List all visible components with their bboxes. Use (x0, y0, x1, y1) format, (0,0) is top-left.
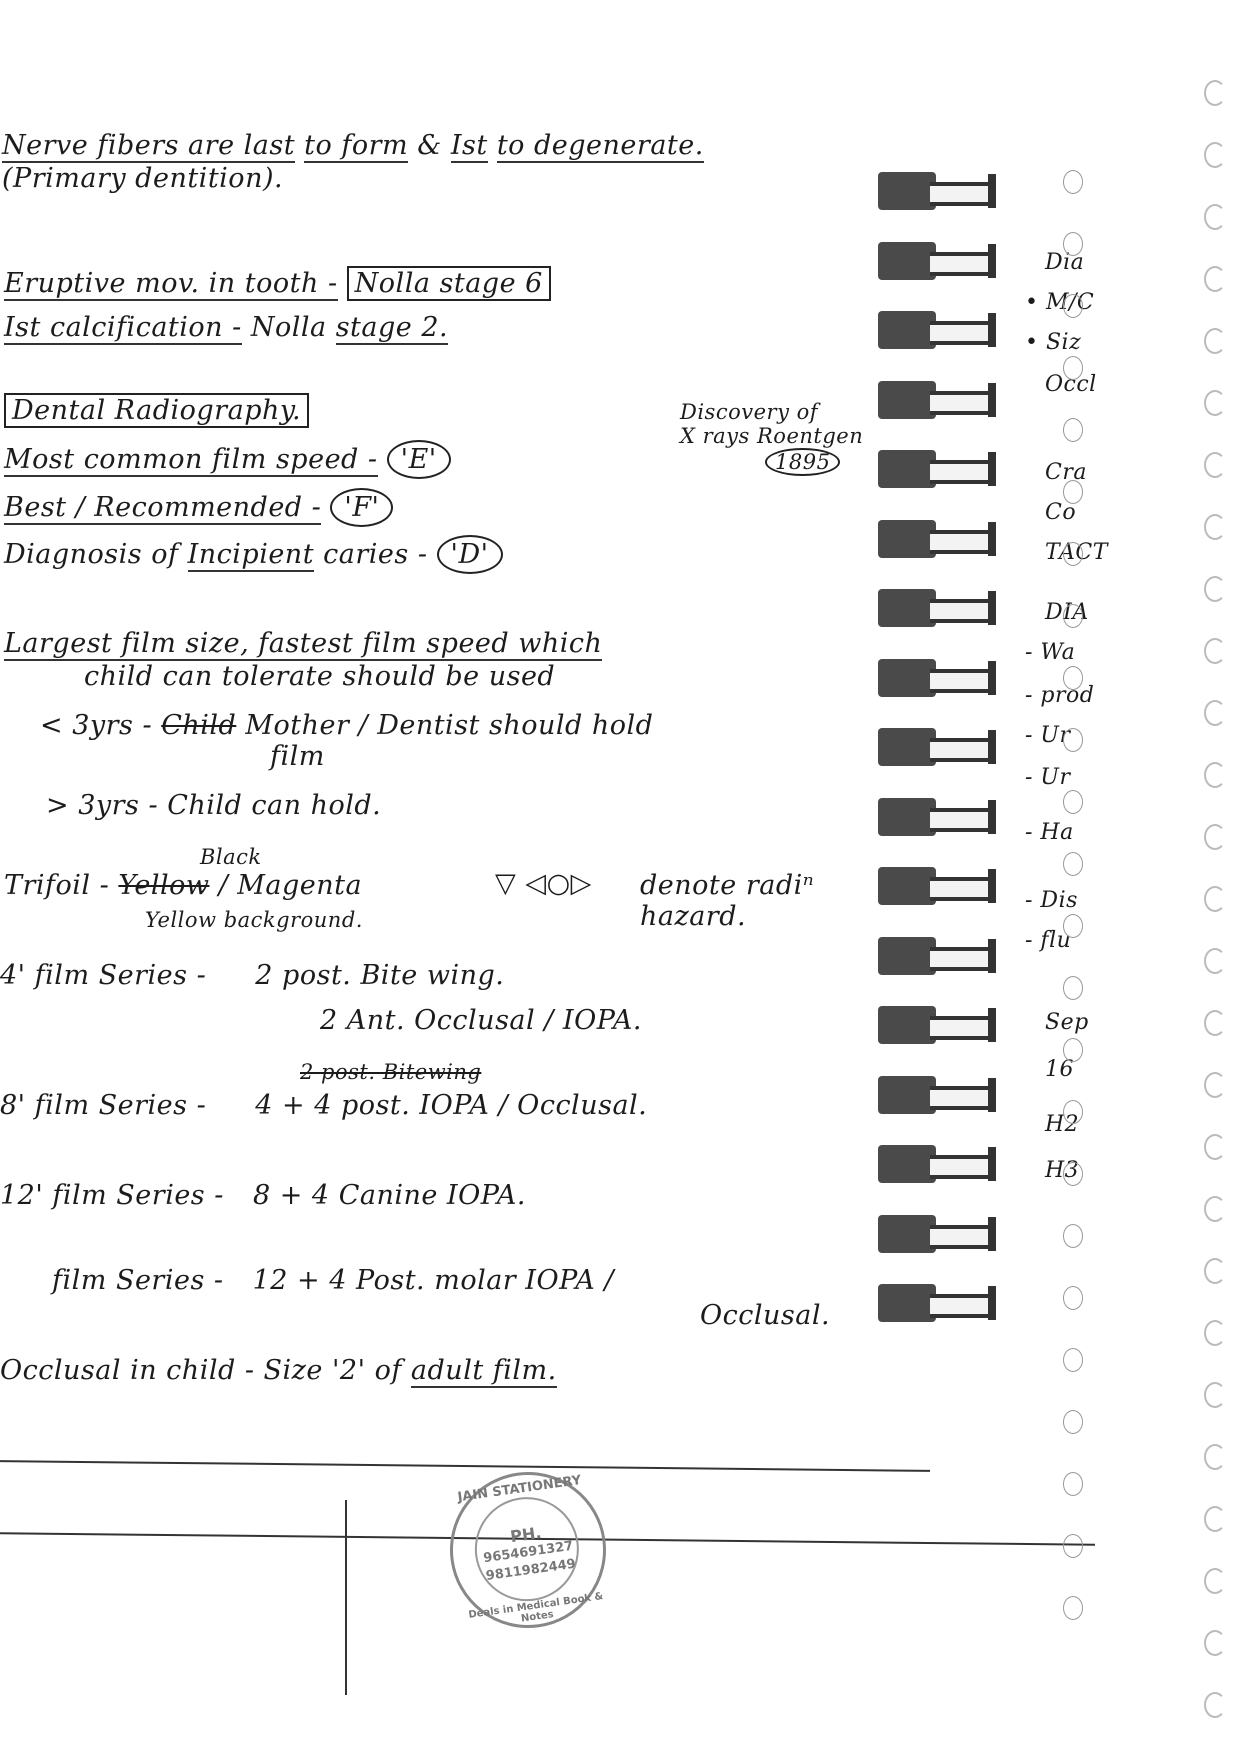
page-edge-hole (1204, 638, 1226, 664)
punch-hole (1063, 480, 1083, 504)
spiral-coil (878, 728, 998, 766)
spiral-coil (878, 937, 998, 975)
note-series-2-struck: 2 post. Bitewing (300, 1060, 481, 1084)
note-largest-film: Largest film size, fastest film speed wh… (4, 628, 602, 692)
spiral-coil (878, 1284, 998, 1322)
circled-value: 'D' (437, 535, 503, 574)
page-edge-hole (1204, 1692, 1226, 1718)
page-edge-hole (1204, 886, 1226, 912)
circled-value: 'F' (330, 488, 393, 527)
spiral-coil (878, 1145, 998, 1183)
struck-text: Yellow (118, 870, 209, 901)
text: Best / Recommended - (4, 492, 321, 525)
page-edge-hole (1204, 1444, 1226, 1470)
text: to form (304, 130, 408, 163)
margin-note: - Ur (1025, 765, 1070, 790)
page-edge-hole (1204, 1568, 1226, 1594)
text: Incipient (188, 539, 314, 572)
note-discovery: Discovery of X rays Roentgen 1895 (680, 400, 863, 476)
text: 8 + 4 Canine IOPA. (253, 1180, 526, 1211)
punch-hole (1063, 542, 1083, 566)
margin-note: Sep (1045, 1010, 1089, 1035)
margin-note: - Dis (1025, 888, 1078, 913)
text: Nerve fibers are last (2, 130, 295, 163)
page-edge-hole (1204, 452, 1226, 478)
spiral-coil (878, 311, 998, 349)
margin-note: - Wa (1025, 640, 1075, 665)
note-series-3: 12' film Series - 8 + 4 Canine IOPA. (0, 1180, 526, 1211)
note-series-4: film Series - 12 + 4 Post. molar IOPA / (52, 1265, 614, 1296)
punch-hole (1063, 1224, 1083, 1248)
page-edge-hole (1204, 1506, 1226, 1532)
page-edge-hole (1204, 762, 1226, 788)
page-edge-hole (1204, 1072, 1226, 1098)
spiral-coil (878, 589, 998, 627)
page-edge-hole (1204, 204, 1226, 230)
text: Child can hold. (167, 790, 381, 821)
note-diagnosis-speed: Diagnosis of Incipient caries - 'D' (4, 535, 503, 574)
spiral-coil (878, 172, 998, 210)
note-radiation-hazard: denote radiⁿ hazard. (640, 870, 814, 932)
note-best-speed: Best / Recommended - 'F' (4, 488, 393, 527)
spiral-coil (878, 867, 998, 905)
text: film Series - (52, 1265, 224, 1296)
note-series-4-occlusal: Occlusal. (700, 1300, 830, 1331)
page-edge-hole (1204, 1196, 1226, 1222)
page-edge-hole (1204, 328, 1226, 354)
punch-hole (1063, 914, 1083, 938)
note-under-3: < 3yrs - Child Mother / Dentist should h… (40, 710, 653, 772)
text: Discovery of (680, 400, 863, 424)
note-line-nerve-fibers: Nerve fibers are last to form & Ist to d… (2, 130, 704, 161)
text: 2 post. Bite wing. (255, 960, 504, 991)
text: Mother / Dentist should hold (245, 710, 653, 741)
text: to degenerate. (497, 130, 704, 163)
text: stage 2. (336, 312, 448, 345)
margin-rule (345, 1500, 347, 1695)
page-edge-hole (1204, 266, 1226, 292)
punch-hole (1063, 356, 1083, 380)
text: Occlusal in child - (0, 1355, 254, 1386)
page-edge-hole (1204, 142, 1226, 168)
spiral-coil (878, 1006, 998, 1044)
spiral-coil (878, 1215, 998, 1253)
punch-hole (1063, 1534, 1083, 1558)
note-over-3: > 3yrs - Child can hold. (46, 790, 381, 821)
text: film (270, 741, 653, 772)
punch-hole (1063, 1410, 1083, 1434)
spiral-coil (878, 659, 998, 697)
circled-value: 'E' (387, 440, 451, 479)
heading-dental-radiography: Dental Radiography. (4, 395, 309, 426)
note-trifoil-black: Black (200, 845, 262, 869)
punch-hole (1063, 232, 1083, 256)
margin-note: Cra (1045, 460, 1087, 485)
trifoil-symbol-icon: ▽ ◁○▷ (495, 868, 592, 899)
margin-note: - prod (1025, 683, 1094, 708)
spiral-coil (878, 381, 998, 419)
text: child can tolerate should be used (84, 661, 602, 692)
note-trifoil: Trifoil - Yellow / Magenta (4, 870, 362, 901)
punch-hole (1063, 1348, 1083, 1372)
punch-hole (1063, 604, 1083, 628)
punch-hole (1063, 1038, 1083, 1062)
text: Most common film speed - (4, 444, 378, 477)
margin-note: • Siz (1025, 330, 1081, 355)
punch-hole (1063, 1596, 1083, 1620)
text: & (417, 130, 442, 161)
text: 12' film Series - (0, 1180, 224, 1211)
text: Eruptive mov. in tooth - (4, 268, 338, 301)
punch-hole (1063, 666, 1083, 690)
text: 12 + 4 Post. molar IOPA / (253, 1265, 614, 1296)
text: Ist (451, 130, 488, 163)
text: Trifoil - (4, 870, 109, 901)
note-common-speed: Most common film speed - 'E' (4, 440, 451, 479)
text: 4 + 4 post. IOPA / Occlusal. (255, 1090, 647, 1121)
note-primary-dentition: (Primary dentition). (2, 163, 283, 194)
page-edge-hole (1204, 1320, 1226, 1346)
punch-hole (1063, 1286, 1083, 1310)
punch-hole (1063, 790, 1083, 814)
stationery-stamp: JAIN STATIONERY PH. 9654691327 981198244… (440, 1462, 616, 1638)
text: Diagnosis of (4, 539, 179, 570)
text: adult film. (411, 1355, 557, 1388)
note-series-2: 8' film Series - 4 + 4 post. IOPA / Occl… (0, 1090, 647, 1121)
spiral-coil (878, 798, 998, 836)
punch-hole (1063, 976, 1083, 1000)
margin-note: • M/C (1025, 290, 1094, 315)
page-edge-hole (1204, 390, 1226, 416)
year-circled: 1895 (765, 448, 840, 476)
spiral-coil (878, 520, 998, 558)
note-trifoil-bg: Yellow background. (145, 908, 363, 932)
page-edge-hole (1204, 514, 1226, 540)
margin-note: - Ha (1025, 820, 1074, 845)
punch-hole (1063, 418, 1083, 442)
text: 8' film Series - (0, 1090, 206, 1121)
page-edge-hole (1204, 824, 1226, 850)
text: > 3yrs - (46, 790, 158, 821)
note-series-1-line2: 2 Ant. Occlusal / IOPA. (320, 1005, 642, 1036)
text: Largest film size, fastest film speed wh… (4, 628, 602, 661)
text: hazard. (640, 901, 814, 932)
text: / Magenta (219, 870, 363, 901)
text: Ist calcification - (4, 312, 242, 345)
page-edge-hole (1204, 1258, 1226, 1284)
text: Size '2' of (264, 1355, 402, 1386)
page-edge-hole (1204, 576, 1226, 602)
punch-hole (1063, 1162, 1083, 1186)
page-edge-hole (1204, 1134, 1226, 1160)
punch-hole (1063, 1472, 1083, 1496)
rule-line (0, 1460, 930, 1472)
punch-hole (1063, 728, 1083, 752)
page-edge-hole (1204, 1010, 1226, 1036)
spiral-coil (878, 242, 998, 280)
spiral-coil (878, 450, 998, 488)
page-edge-hole (1204, 1630, 1226, 1656)
note-calcification: Ist calcification - Nolla stage 2. (4, 312, 448, 343)
note-series-1: 4' film Series - 2 post. Bite wing. (0, 960, 504, 991)
text: 4' film Series - (0, 960, 206, 991)
page-edge-hole (1204, 1382, 1226, 1408)
heading-text: Dental Radiography. (4, 393, 309, 428)
punch-hole (1063, 170, 1083, 194)
page-edge-hole (1204, 948, 1226, 974)
text: < 3yrs - (40, 710, 152, 741)
boxed-value: Nolla stage 6 (347, 266, 551, 301)
spiral-coil (878, 1076, 998, 1114)
struck-text: Child (161, 710, 236, 741)
note-eruptive: Eruptive mov. in tooth - Nolla stage 6 (4, 268, 551, 299)
page-edge-hole (1204, 80, 1226, 106)
text: Nolla (251, 312, 327, 343)
text: caries - (323, 539, 427, 570)
text: denote radiⁿ (640, 870, 814, 901)
punch-hole (1063, 852, 1083, 876)
page-edge-hole (1204, 700, 1226, 726)
punch-hole (1063, 294, 1083, 318)
punch-hole (1063, 1100, 1083, 1124)
note-occlusal-child: Occlusal in child - Size '2' of adult fi… (0, 1355, 557, 1386)
text: X rays Roentgen (680, 424, 863, 448)
